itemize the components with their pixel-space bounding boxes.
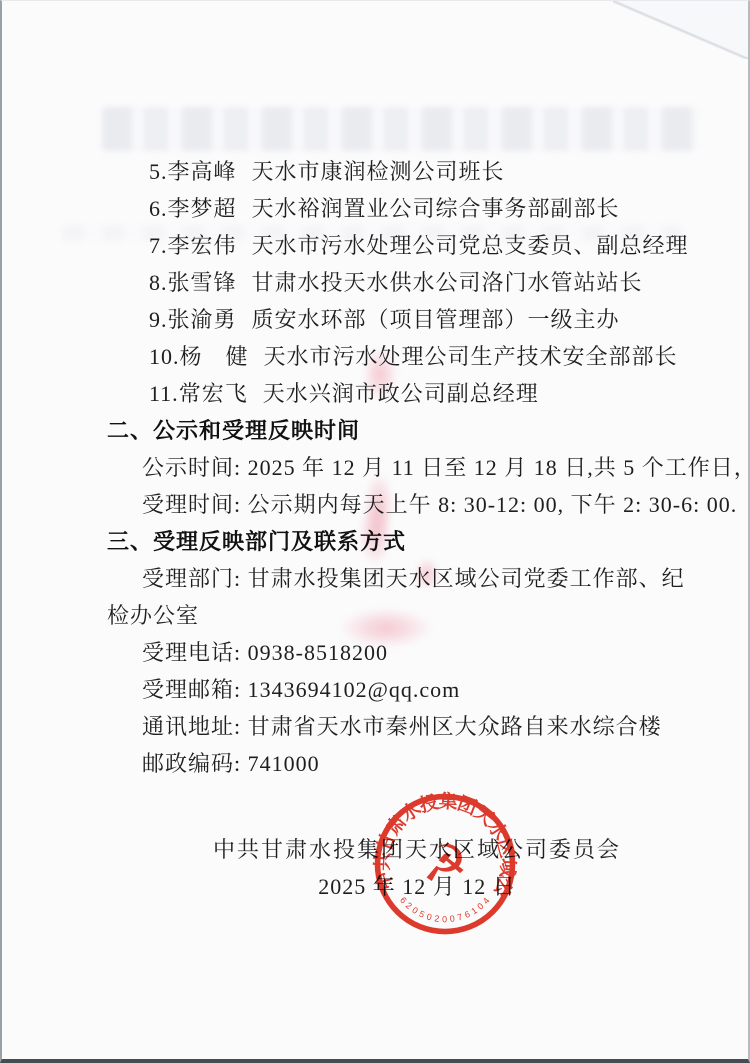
list-item-number: 10. [149, 338, 180, 375]
person-title: 天水市康润检测公司班长 [252, 153, 505, 190]
person-name: 李高峰 [168, 153, 237, 190]
person-name: 常宏飞 [179, 375, 248, 412]
person-name: 张渝勇 [168, 301, 237, 338]
list-item: 11.常宏飞天水兴润市政公司副总经理 [107, 375, 695, 412]
section-2-heading: 二、公示和受理反映时间 [107, 412, 695, 449]
list-item-number: 9. [149, 301, 168, 338]
person-title: 天水市污水处理公司生产技术安全部部长 [264, 338, 678, 375]
person-title: 天水裕润置业公司综合事务部副部长 [252, 190, 620, 227]
list-item-number: 5. [149, 153, 168, 190]
page-corner-fold [613, 1, 748, 59]
signature-block: 中共甘肃水投集团天水区域公司委员会 2025 年 12 月 12 日 [182, 831, 652, 905]
person-name: 杨 健 [180, 338, 249, 375]
publicity-time-line: 公示时间: 2025 年 12 月 11 日至 12 月 18 日,共 5 个工… [107, 449, 695, 486]
document-page: 5.李高峰天水市康润检测公司班长 6.李梦超天水裕润置业公司综合事务部副部长 7… [0, 0, 750, 1063]
acceptance-time-line: 受理时间: 公示期内每天上午 8: 30-12: 00, 下午 2: 30-6:… [107, 486, 695, 523]
reverse-side-bleed-through [102, 107, 698, 151]
list-item: 6.李梦超天水裕润置业公司综合事务部副部长 [107, 190, 695, 227]
address-line: 通讯地址: 甘肃省天水市秦州区大众路自来水综合楼 [107, 708, 695, 745]
list-item: 7.李宏伟天水市污水处理公司党总支委员、副总经理 [107, 227, 695, 264]
person-name: 张雪锋 [168, 264, 237, 301]
section-3-heading: 三、受理反映部门及联系方式 [107, 523, 695, 560]
person-title: 甘肃水投天水供水公司洛门水管站站长 [252, 264, 643, 301]
person-title: 质安水环部（项目管理部）一级主办 [252, 301, 620, 338]
person-title: 天水市污水处理公司党总支委员、副总经理 [252, 227, 689, 264]
person-name: 李宏伟 [168, 227, 237, 264]
list-item: 5.李高峰天水市康润检测公司班长 [107, 153, 695, 190]
list-item: 10.杨 健天水市污水处理公司生产技术安全部部长 [107, 338, 695, 375]
email-line: 受理邮箱: 1343694102@qq.com [107, 671, 695, 708]
list-item-number: 7. [149, 227, 168, 264]
list-item-number: 8. [149, 264, 168, 301]
signature-committee: 中共甘肃水投集团天水区域公司委员会 [182, 831, 652, 868]
postal-code-line: 邮政编码: 741000 [107, 745, 695, 782]
list-item: 8.张雪锋甘肃水投天水供水公司洛门水管站站长 [107, 264, 695, 301]
list-item-number: 11. [149, 375, 179, 412]
person-name: 李梦超 [168, 190, 237, 227]
person-title: 天水兴润市政公司副总经理 [263, 375, 539, 412]
phone-line: 受理电话: 0938-8518200 [107, 634, 695, 671]
list-item-number: 6. [149, 190, 168, 227]
signature-date: 2025 年 12 月 12 日 [182, 868, 652, 905]
acceptance-department-line: 受理部门: 甘肃水投集团天水区域公司党委工作部、纪检办公室 [107, 560, 695, 634]
document-body: 5.李高峰天水市康润检测公司班长 6.李梦超天水裕润置业公司综合事务部副部长 7… [107, 153, 695, 782]
list-item: 9.张渝勇质安水环部（项目管理部）一级主办 [107, 301, 695, 338]
